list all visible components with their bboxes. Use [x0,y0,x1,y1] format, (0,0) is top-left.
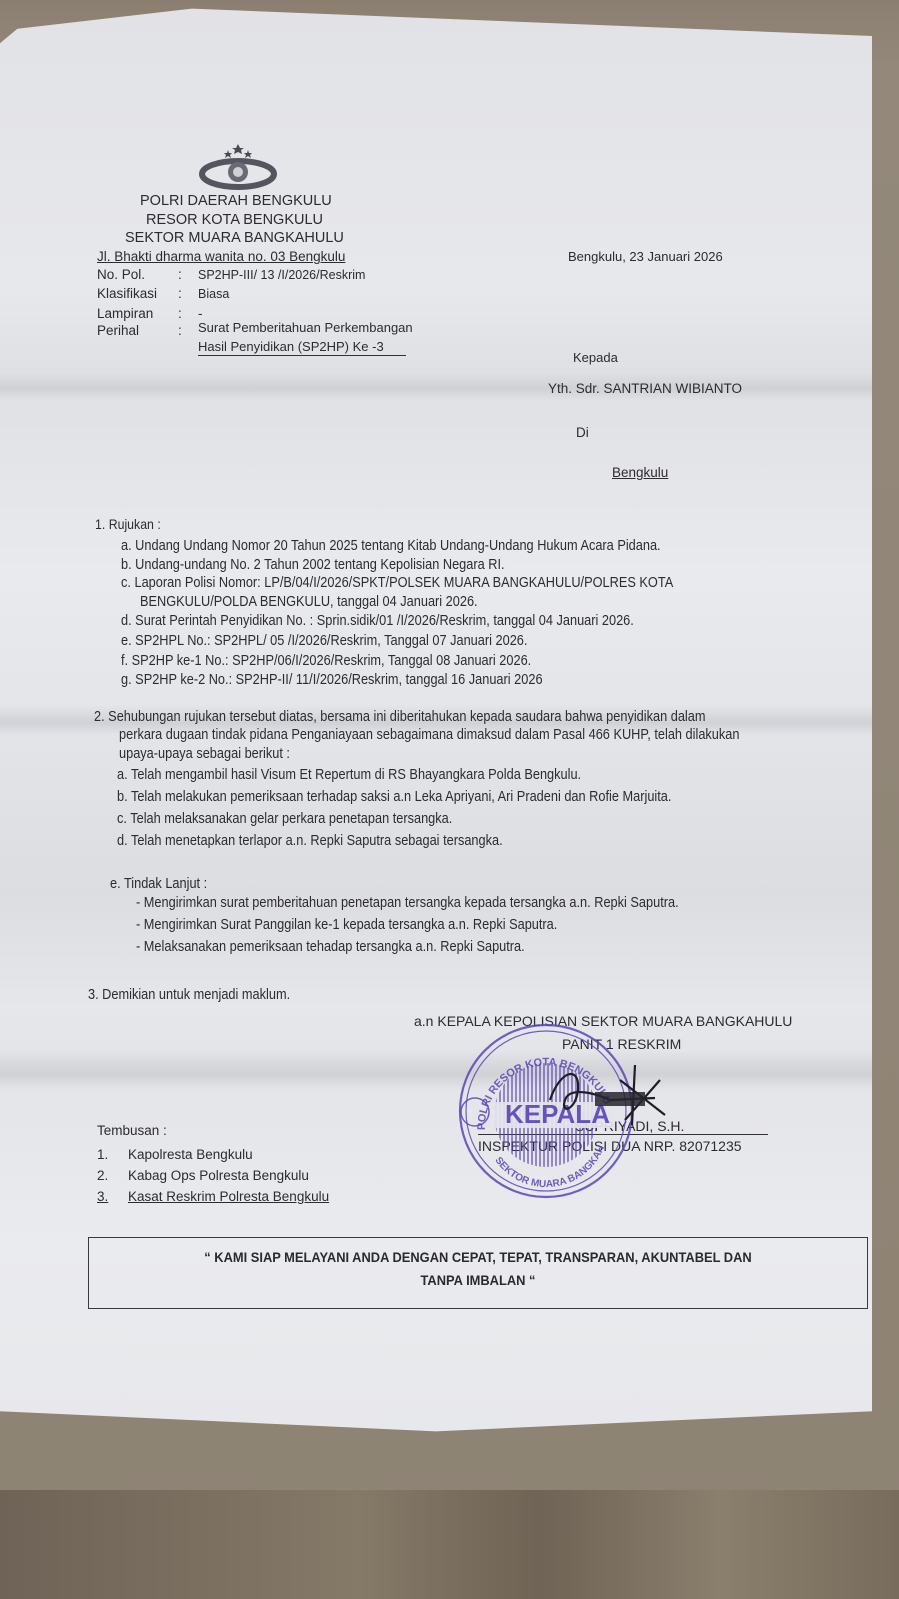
perihal-value-2: Hasil Penyidikan (SP2HP) Ke -3 [198,339,406,356]
section-1-title: 1. Rujukan : [95,516,161,532]
reference-item: d. Surat Perintah Penyidikan No. : Sprin… [121,613,634,629]
reference-item: f. SP2HP ke-1 No.: SP2HP/06/I/2026/Reskr… [121,653,531,669]
recipient-kepada: Kepada [573,350,618,365]
polri-emblem-icon [198,142,278,190]
tembusan-num: 2. [97,1168,108,1183]
header-line-3: SEKTOR MUARA BANGKAHULU [125,230,344,246]
follow-up-item: - Mengirimkan Surat Panggilan ke-1 kepad… [136,917,557,933]
klasifikasi-colon: : [178,286,182,301]
perihal-colon: : [178,323,182,338]
action-item: d. Telah menetapkan terlapor a.n. Repki … [117,833,503,849]
tembusan-item: Kapolresta Bengkulu [128,1147,253,1162]
lampiran-label: Lampiran [97,306,153,321]
reference-item-continued: BENGKULU/POLDA BENGKULU, tanggal 04 Janu… [140,594,478,610]
header-line-1: POLRI DAERAH BENGKULU [140,193,332,209]
letter-date: Bengkulu, 23 Januari 2026 [568,249,723,264]
tembusan-title: Tembusan : [97,1123,167,1138]
reference-item: e. SP2HPL No.: SP2HPL/ 05 /I/2026/Reskri… [121,633,527,649]
perihal-value-1: Surat Pemberitahuan Perkembangan [198,320,413,335]
klasifikasi-label: Klasifikasi [97,286,157,301]
background-fabric [0,1490,899,1599]
action-item: a. Telah mengambil hasil Visum Et Repert… [117,767,581,783]
action-item: b. Telah melakukan pemeriksaan terhadap … [117,789,671,805]
recipient-name: Yth. Sdr. SANTRIAN WIBIANTO [548,381,742,396]
header-line-2: RESOR KOTA BENGKULU [146,212,323,228]
tindak-lanjut-title: e. Tindak Lanjut : [110,876,207,892]
lampiran-value: - [198,306,203,321]
recipient-di: Di [576,425,589,440]
reference-item: a. Undang Undang Nomor 20 Tahun 2025 ten… [121,538,661,554]
section-2-para: upaya-upaya sebagai berikut : [119,746,290,762]
section-2-para: perkara dugaan tindak pidana Penganiayaa… [119,727,739,743]
motto-line-1: “ KAMI SIAP MELAYANI ANDA DENGAN CEPAT, … [119,1249,837,1265]
handwritten-signature-icon [540,1060,670,1130]
paper-fold [0,1050,872,1090]
no-pol-value: SP2HP-III/ 13 /I/2026/Reskrim [198,268,365,282]
tembusan-item: Kabag Ops Polresta Bengkulu [128,1168,309,1183]
no-pol-colon: : [178,267,182,282]
recipient-city: Bengkulu [612,465,668,480]
action-item: c. Telah melaksanakan gelar perkara pene… [117,811,452,827]
section-3-closing: 3. Demikian untuk menjadi maklum. [88,987,290,1003]
tembusan-num: 3. [97,1189,108,1204]
perihal-label: Perihal [97,323,139,338]
motto-line-2: TANPA IMBALAN “ [119,1272,837,1288]
tembusan-item: Kasat Reskrim Polresta Bengkulu [128,1189,329,1204]
tembusan-num: 1. [97,1147,108,1162]
reference-item: b. Undang-undang No. 2 Tahun 2002 tentan… [121,557,505,573]
reference-item: g. SP2HP ke-2 No.: SP2HP-II/ 11/I/2026/R… [121,672,543,688]
klasifikasi-value: Biasa [198,287,229,301]
lampiran-colon: : [178,306,182,321]
follow-up-item: - Mengirimkan surat pemberitahuan peneta… [136,895,679,911]
no-pol-label: No. Pol. [97,267,145,282]
section-2-para: 2. Sehubungan rujukan tersebut diatas, b… [94,709,705,725]
follow-up-item: - Melaksanakan pemeriksaan tehadap tersa… [136,939,525,955]
letter-paper: POLRI DAERAH BENGKULU RESOR KOTA BENGKUL… [0,0,872,1440]
reference-item: c. Laporan Polisi Nomor: LP/B/04/I/2026/… [121,575,673,591]
header-address: Jl. Bhakti dharma wanita no. 03 Bengkulu [97,249,345,264]
